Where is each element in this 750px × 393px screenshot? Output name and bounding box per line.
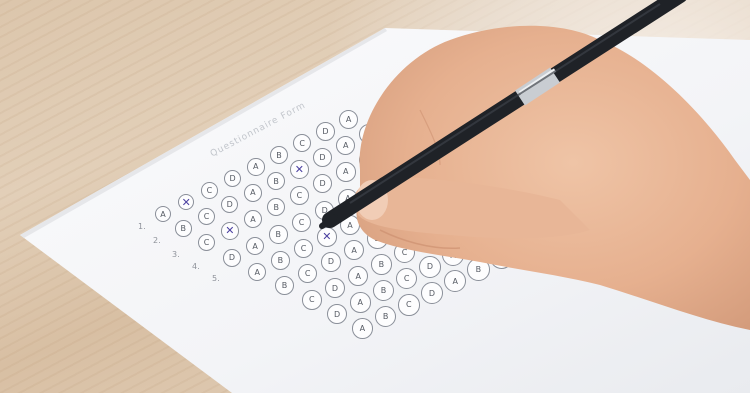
photo-scene: Questionnaire Form 1. 2. 3. 4. 5. ACDABC… — [0, 0, 750, 393]
pen — [0, 0, 750, 393]
